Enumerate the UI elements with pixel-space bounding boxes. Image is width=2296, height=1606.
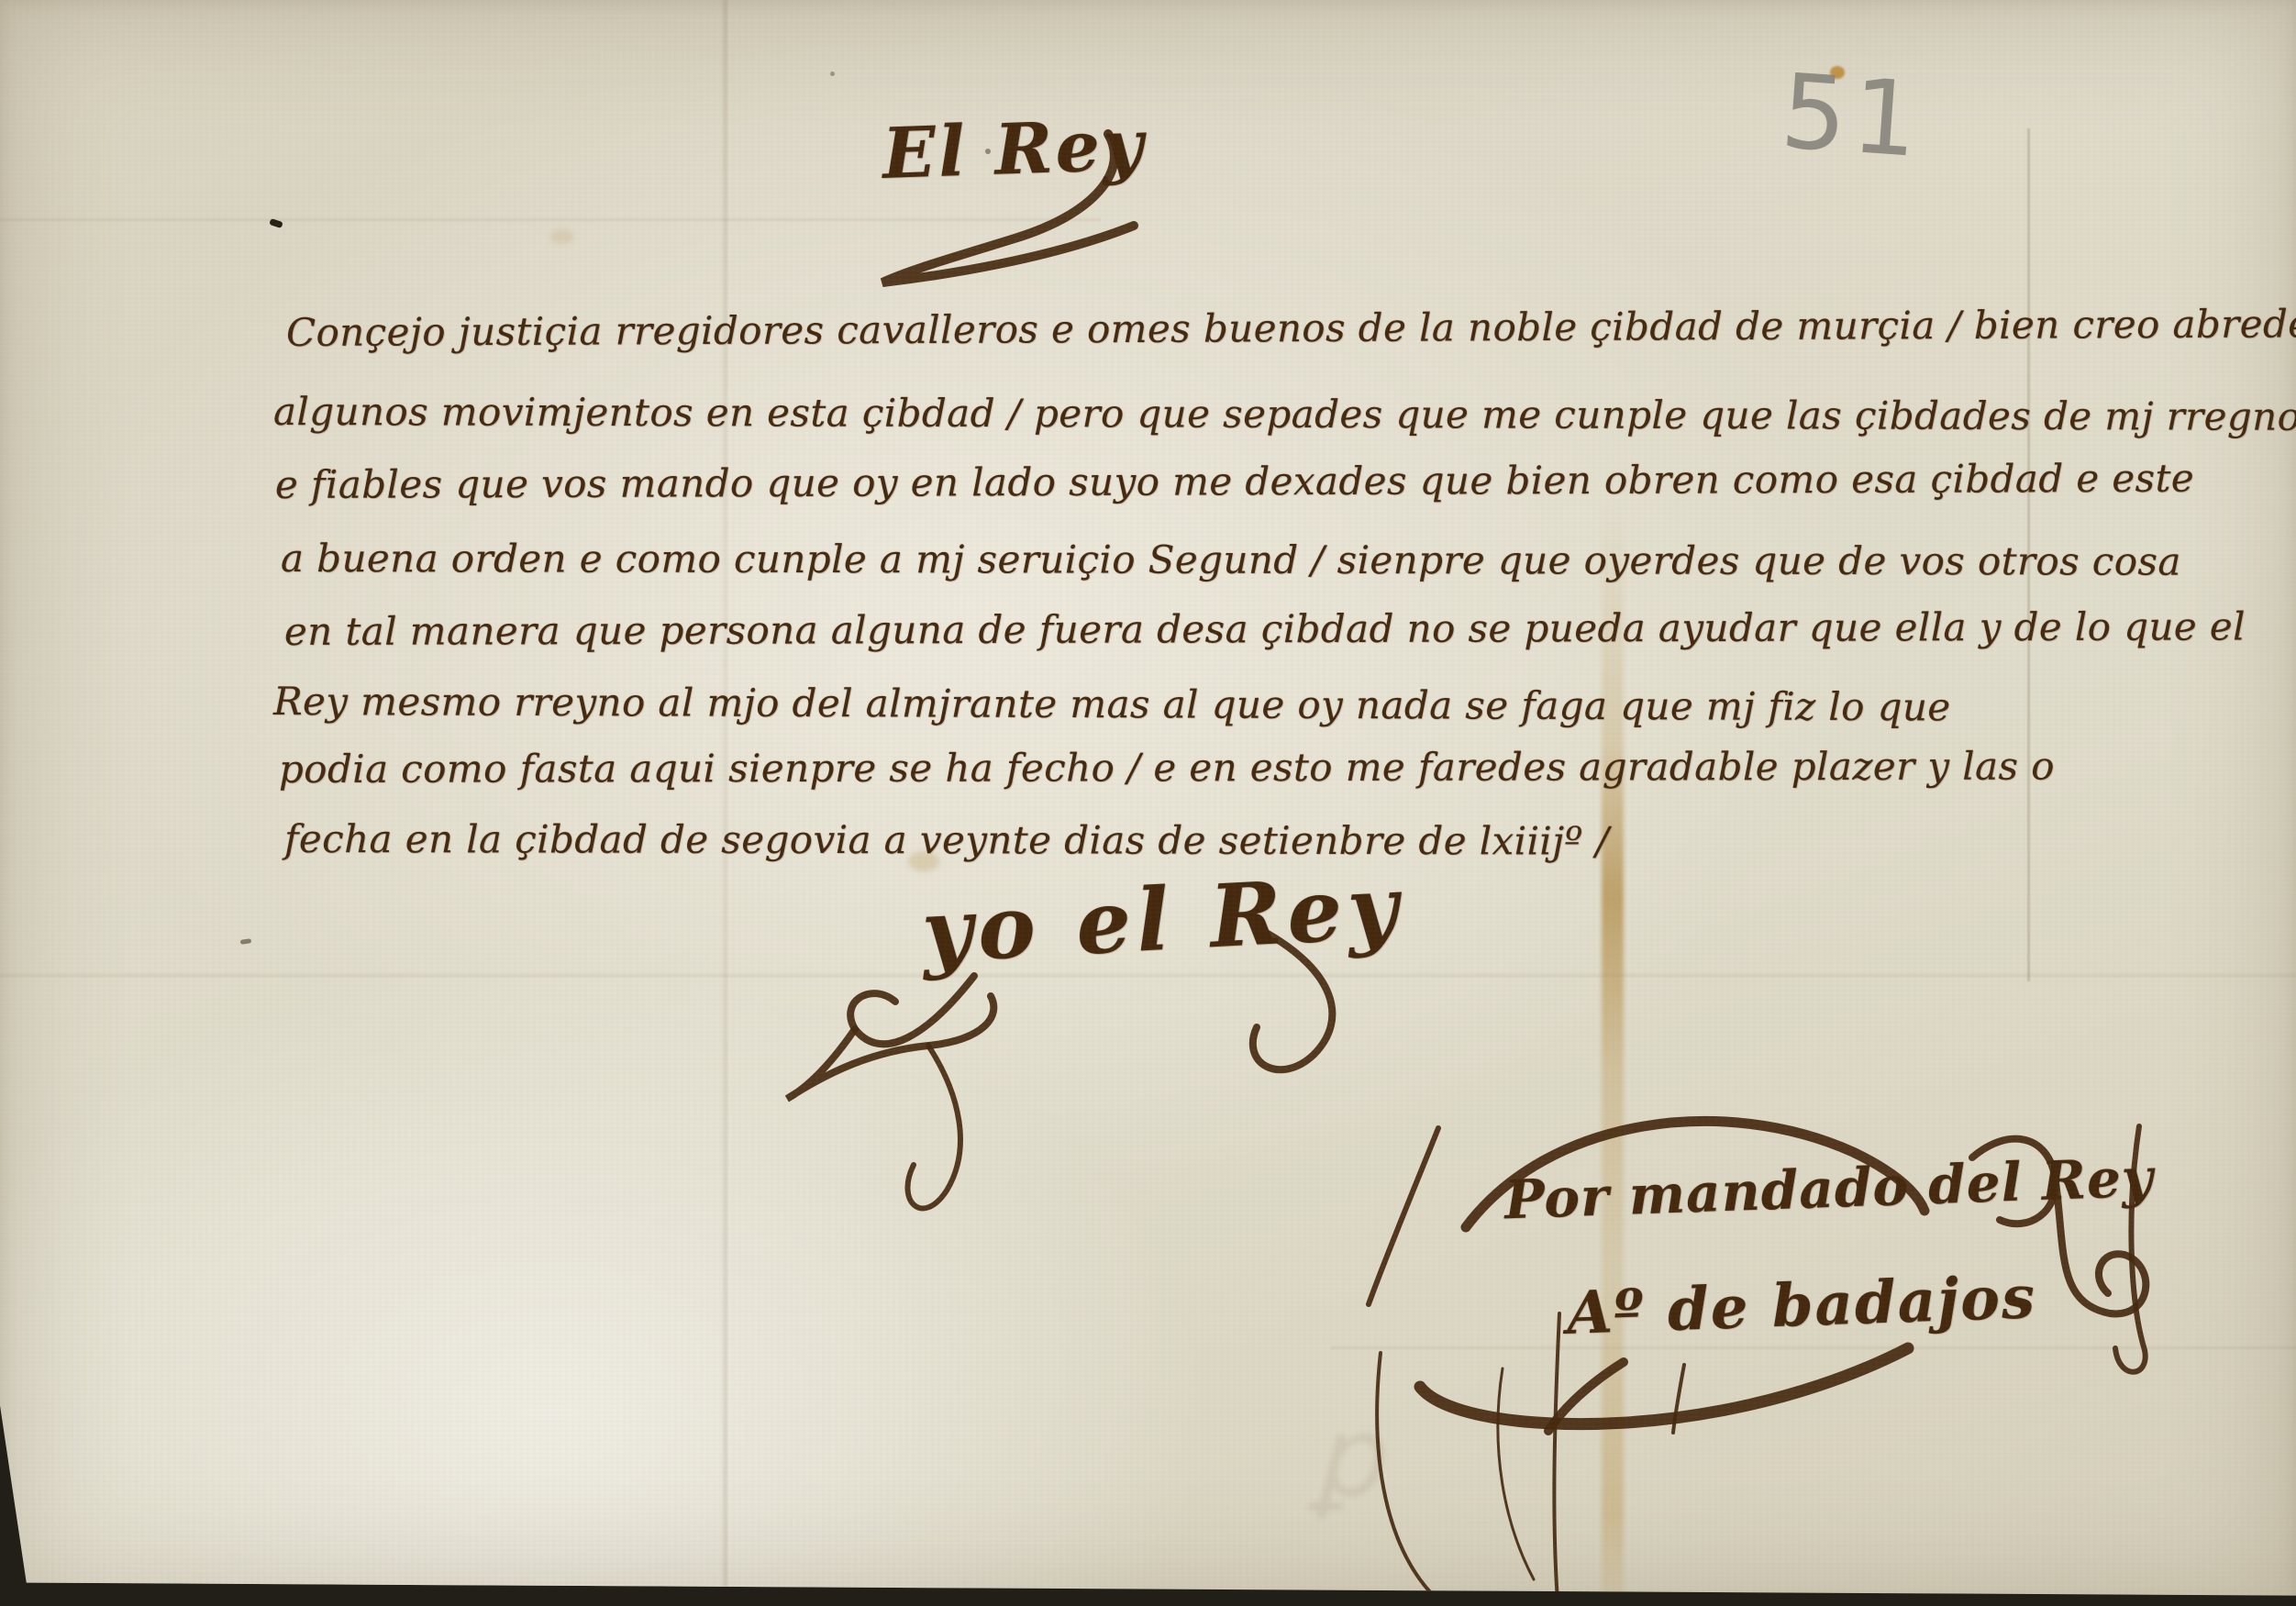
pen-flourish-overlay <box>0 0 2296 1606</box>
parchment-sheet: 51 El Rey Conçejo justiçia rregidores ca… <box>0 0 2296 1606</box>
manuscript-line: Conçejo justiçia rregidores cavalleros e… <box>286 300 2296 355</box>
manuscript-line: podia como fasta aqui sienpre se ha fech… <box>279 744 2055 792</box>
secretary-signature: Aº de badajos <box>1566 1263 2037 1348</box>
manuscript-line: fecha en la çibdad de segovia a veynte d… <box>284 816 1609 864</box>
pencil-folio-number: 51 <box>1778 52 1927 181</box>
horizontal-fold-crease-top <box>0 218 1101 221</box>
vertical-fold-crease-left <box>723 0 727 1587</box>
signature-descender <box>1673 1365 1684 1433</box>
royal-sign-manual: yo el Rey <box>919 857 1405 982</box>
horizontal-fold-crease-bottom <box>1330 1346 2296 1349</box>
manuscript-line: e fiables que vos mando que oy en lado s… <box>275 456 2194 507</box>
manuscript-line: algunos movimjentos en esta çibdad / per… <box>273 389 2296 439</box>
scanned-manuscript: 51 El Rey Conçejo justiçia rregidores ca… <box>0 0 2296 1606</box>
manuscript-line: a buena orden e como cunple a mj seruiçi… <box>281 536 2181 584</box>
paper-stain <box>550 229 574 244</box>
countersign-slash <box>1369 1128 1438 1304</box>
manuscript-line: Rey mesmo rreyno al mjo del almjrante ma… <box>273 679 1951 729</box>
verso-show-through: ꝑ <box>1312 1394 1614 1578</box>
royal-sign-flourish <box>850 976 974 1044</box>
royal-sign-flourish <box>907 1046 959 1208</box>
ink-fleck <box>830 72 835 76</box>
horizontal-fold-crease-middle <box>0 974 2296 977</box>
ink-fleck <box>240 938 252 945</box>
royal-sign-flourish <box>787 996 993 1099</box>
document-heading: El Rey <box>882 104 1148 194</box>
manuscript-line: en tal manera que persona alguna de fuer… <box>284 604 2246 654</box>
